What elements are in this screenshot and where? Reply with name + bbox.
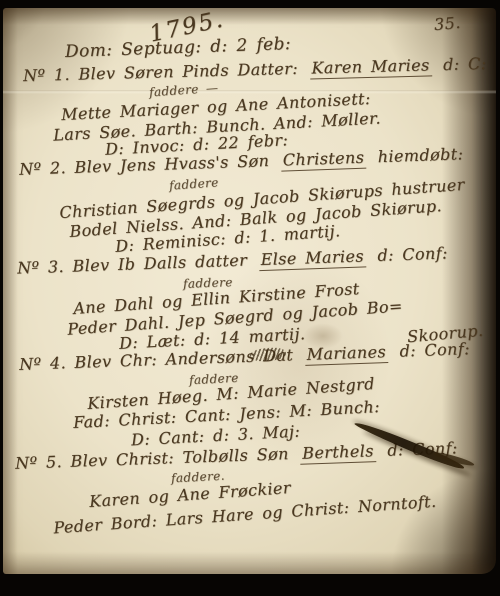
entry-number: Nº 2. [19, 158, 67, 179]
entry-suffix: d: Conf: [399, 339, 470, 360]
service-date-heading: Dom: Septuag: d: 2 feb: [65, 34, 292, 62]
entry-text: Blev Ib Dalls datter [72, 250, 247, 275]
entry-number: Nº 4. [19, 353, 67, 374]
entry-suffix: d: C: [443, 54, 487, 74]
entry-suffix: hiemdøbt: [377, 144, 463, 166]
child-name: Else Maries [258, 246, 366, 271]
page-number: 35. [433, 13, 461, 34]
entry-suffix: d: Conf: [377, 243, 448, 264]
entry-number: Nº 5. [15, 452, 63, 473]
paper-crease [3, 90, 496, 94]
entry-text: Blev Christ: Tolbølls Søn [70, 444, 289, 471]
child-name: Berthels [300, 441, 376, 465]
entry-3-title: Nº 3. Blev Ib Dalls datter Else Maries d… [17, 243, 448, 277]
manuscript-scan: 1795. 35. Dom: Septuag: d: 2 feb: Nº 1. … [0, 0, 500, 596]
faddere-label: faddere [169, 175, 220, 192]
entry-number: Nº 1. [23, 65, 70, 85]
child-name: Marianes [304, 342, 388, 366]
entry-number: Nº 3. [17, 257, 65, 278]
child-name: Christens [280, 148, 366, 172]
entry-text: Blev Jens Hvass's Søn [74, 151, 269, 177]
entry-text: Blev Søren Pinds Datter: [78, 59, 298, 84]
register-page: 1795. 35. Dom: Septuag: d: 2 feb: Nº 1. … [3, 8, 496, 574]
child-name: Karen Maries [309, 55, 432, 79]
